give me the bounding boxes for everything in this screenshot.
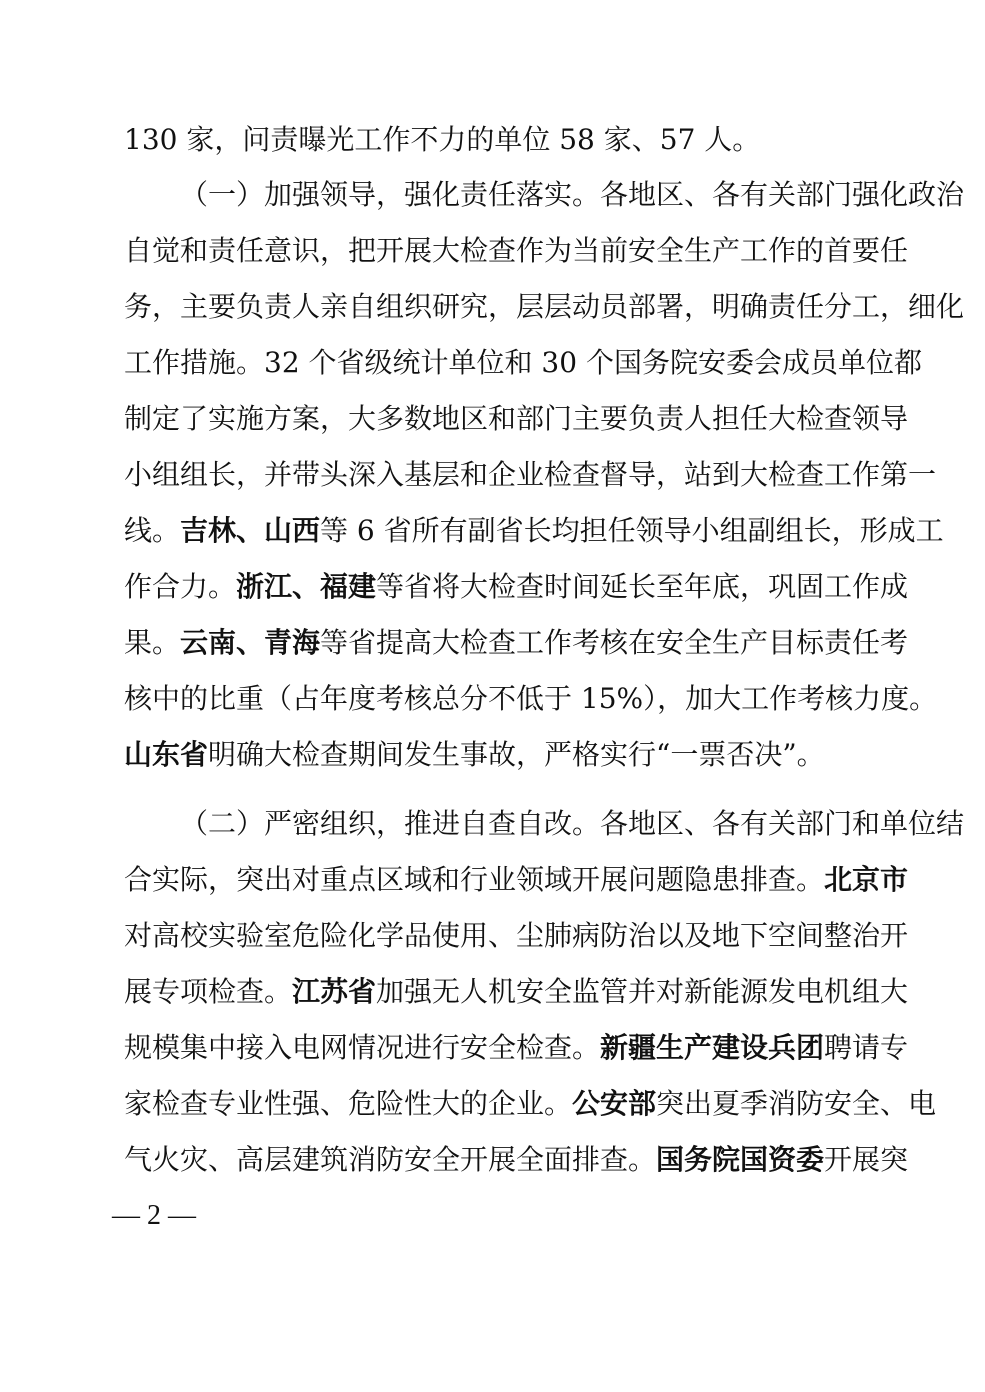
body-text: 明确大检查期间发生事故，严格实行“一票否决”。 (208, 738, 825, 771)
body-text: 务，主要负责人亲自组织研究，层层动员部署，明确责任分工，细化 (124, 290, 964, 323)
body-text: 突出夏季消防安全、电 (656, 1087, 936, 1120)
body-text: 合实际，突出对重点区域和行业领域开展问题隐患排查。 (124, 863, 824, 896)
text-line: 线。吉林、山西等 6 省所有副省长均担任领导小组副组长，形成工 (124, 511, 859, 551)
text-line: 规模集中接入电网情况进行安全检查。新疆生产建设兵团聘请专 (124, 1028, 859, 1068)
text-line: 家检查专业性强、危险性大的企业。公安部突出夏季消防安全、电 (124, 1084, 859, 1124)
text-line: 130 家，问责曝光工作不力的单位 58 家、57 人。 (124, 120, 859, 160)
body-text: 自觉和责任意识，把开展大检查作为当前安全生产工作的首要任 (124, 234, 908, 267)
bold-entity-text: 浙江、福建 (236, 570, 376, 603)
body-text: 线。 (124, 514, 180, 547)
body-text: 聘请专 (824, 1031, 908, 1064)
bold-entity-text: 吉林、山西 (180, 514, 320, 547)
body-text: 等 6 省所有副省长均担任领导小组副组长，形成工 (320, 514, 944, 547)
text-line: 对高校实验室危险化学品使用、尘肺病防治以及地下空间整治开 (124, 916, 859, 956)
body-text: 130 家，问责曝光工作不力的单位 58 家、57 人。 (124, 123, 760, 156)
body-text: 规模集中接入电网情况进行安全检查。 (124, 1031, 600, 1064)
bold-entity-text: 北京市 (824, 863, 908, 896)
body-text: 气火灾、高层建筑消防安全开展全面排查。 (124, 1143, 656, 1176)
document-page: 130 家，问责曝光工作不力的单位 58 家、57 人。（一）加强领导，强化责任… (0, 0, 985, 1392)
text-line: 山东省明确大检查期间发生事故，严格实行“一票否决”。 (124, 735, 859, 775)
text-line: （一）加强领导，强化责任落实。各地区、各有关部门强化政治 (180, 175, 859, 215)
text-line: 果。云南、青海等省提高大检查工作考核在安全生产目标责任考 (124, 623, 859, 663)
body-text: 展专项检查。 (124, 975, 292, 1008)
text-line: 气火灾、高层建筑消防安全开展全面排查。国务院国资委开展突 (124, 1140, 859, 1180)
body-text: 开展突 (824, 1143, 908, 1176)
page-number: — 2 — (112, 1196, 196, 1236)
text-line: 核中的比重（占年度考核总分不低于 15%），加大工作考核力度。 (124, 679, 859, 719)
body-text: 核中的比重（占年度考核总分不低于 15%），加大工作考核力度。 (124, 682, 937, 715)
body-text: 作合力。 (124, 570, 236, 603)
body-text: 小组组长，并带头深入基层和企业检查督导，站到大检查工作第一 (124, 458, 936, 491)
text-line: （二）严密组织，推进自查自改。各地区、各有关部门和单位结 (180, 804, 859, 844)
bold-entity-text: 公安部 (572, 1087, 656, 1120)
body-text: 各地区、各有关部门强化政治 (600, 178, 964, 211)
text-line: 小组组长，并带头深入基层和企业检查督导，站到大检查工作第一 (124, 455, 859, 495)
section-heading: （二）严密组织，推进自查自改。 (180, 807, 600, 840)
text-line: 作合力。浙江、福建等省将大检查时间延长至年底，巩固工作成 (124, 567, 859, 607)
text-line: 工作措施。32 个省级统计单位和 30 个国务院安委会成员单位都 (124, 343, 859, 383)
section-heading: （一）加强领导，强化责任落实。 (180, 178, 600, 211)
bold-entity-text: 云南、青海 (180, 626, 320, 659)
body-text: 对高校实验室危险化学品使用、尘肺病防治以及地下空间整治开 (124, 919, 908, 952)
body-text: 各地区、各有关部门和单位结 (600, 807, 964, 840)
text-line: 展专项检查。江苏省加强无人机安全监管并对新能源发电机组大 (124, 972, 859, 1012)
body-text: 制定了实施方案，大多数地区和部门主要负责人担任大检查领导 (124, 402, 908, 435)
text-line: 制定了实施方案，大多数地区和部门主要负责人担任大检查领导 (124, 399, 859, 439)
body-text: 家检查专业性强、危险性大的企业。 (124, 1087, 572, 1120)
bold-entity-text: 山东省 (124, 738, 208, 771)
bold-entity-text: 国务院国资委 (656, 1143, 824, 1176)
body-text: 等省将大检查时间延长至年底，巩固工作成 (376, 570, 908, 603)
body-text: 工作措施。32 个省级统计单位和 30 个国务院安委会成员单位都 (124, 346, 922, 379)
body-text: 等省提高大检查工作考核在安全生产目标责任考 (320, 626, 908, 659)
bold-entity-text: 新疆生产建设兵团 (600, 1031, 824, 1064)
body-text: 加强无人机安全监管并对新能源发电机组大 (376, 975, 908, 1008)
text-line: 务，主要负责人亲自组织研究，层层动员部署，明确责任分工，细化 (124, 287, 859, 327)
text-line: 合实际，突出对重点区域和行业领域开展问题隐患排查。北京市 (124, 860, 859, 900)
body-text: 果。 (124, 626, 180, 659)
bold-entity-text: 江苏省 (292, 975, 376, 1008)
text-line: 自觉和责任意识，把开展大检查作为当前安全生产工作的首要任 (124, 231, 859, 271)
